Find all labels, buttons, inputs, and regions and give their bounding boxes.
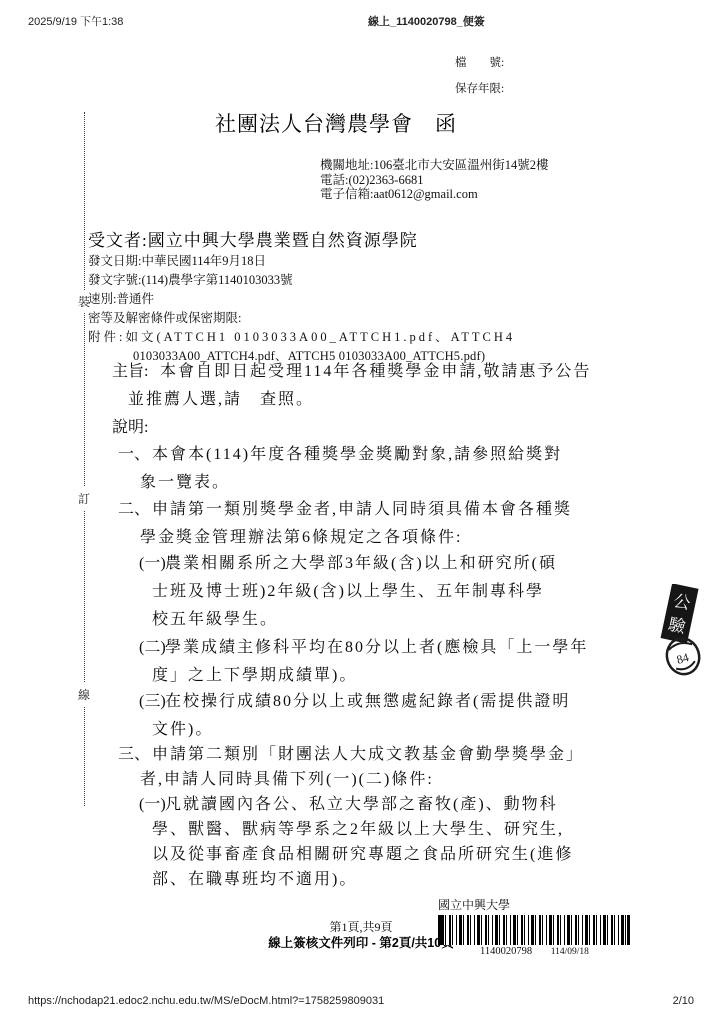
meta-number: 發文字號:(114)農學字第1140103033號	[88, 271, 515, 290]
body-paragraph-subitem-2-3: (三) 在校操行成績80分以上或無懲處紀錄者(需提供證明 文件)。	[152, 688, 570, 744]
retention-label: 保存年限:	[455, 76, 504, 102]
body-paragraph-subitem-2-2: (二) 學業成績主修科平均在80分以上者(應檢具「上一學年 度」之上下學期成績單…	[152, 634, 588, 690]
print-header-title: 線上_1140020798_便簽	[368, 13, 485, 29]
paragraph-label: (二)	[139, 634, 166, 662]
attachment-line-1: 附件:如文(ATTCH1 0103033A00_ATTCH1.pdf、ATTCH…	[88, 328, 515, 347]
barcode-block: 國立中興大學 1140020798 114/09/18	[438, 896, 638, 957]
contact-block: 機關地址:106臺北市大安區溫州街14號2樓 電話:(02)2363-6681 …	[320, 158, 557, 202]
footer-url: https://nchodap21.edoc2.nchu.edu.tw/MS/e…	[28, 995, 384, 1007]
paragraph-label: 二、	[118, 496, 150, 524]
barcode-numbers: 1140020798 114/09/18	[438, 946, 638, 957]
paragraph-text: 學業成績主修科平均在80分以上者(應檢具「上一學年 度」之上下學期成績單)。	[152, 634, 588, 690]
paragraph-label: 主旨:	[112, 358, 148, 386]
classification-block: 檔 號: 保存年限:	[455, 50, 504, 102]
org-phone: 電話:(02)2363-6681	[320, 173, 557, 188]
paragraph-text: 申請第一類別獎學金者,申請人同時須具備本會各種獎 學金獎金管理辦法第6條規定之各…	[140, 496, 572, 552]
body-paragraph-subitem-2-1: (一) 農業相關系所之大學部3年級(含)以上和研究所(碩 士班及博士班)2年級(…	[152, 550, 557, 634]
paragraph-text: 農業相關系所之大學部3年級(含)以上和研究所(碩 士班及博士班)2年級(含)以上…	[152, 550, 557, 634]
letter-title: 社團法人台灣農學會 函	[215, 108, 457, 138]
meta-date: 發文日期:中華民國114年9月18日	[88, 252, 515, 271]
meta-security: 密等及解密條件或保密期限:	[88, 309, 515, 328]
body-paragraph-subject: 主旨: 本會自即日起受理114年各種獎學金申請,敬請惠予公告 並推薦人選,請 查…	[128, 358, 591, 414]
paragraph-text: 凡就讀國內各公、私立大學部之畜牧(產)、動物科 學、獸醫、獸病等學系之2年級以上…	[152, 792, 573, 892]
paragraph-text: 本會自即日起受理114年各種獎學金申請,敬請惠予公告 並推薦人選,請 查照。	[128, 358, 591, 414]
org-address: 機關地址:106臺北市大安區溫州街14號2樓	[320, 158, 557, 173]
paragraph-text: 申請第二類別「財團法人大成文教基金會勤學獎學金」 者,申請人同時具備下列(一)(…	[140, 742, 584, 792]
binding-mark-xian: 線	[77, 683, 91, 706]
paragraph-label: 說明:	[112, 414, 148, 442]
recipient-line: 受文者:國立中興大學農業暨自然資源學院	[88, 226, 418, 251]
attachment-label: 附件:	[88, 330, 125, 344]
body-paragraph-item-2: 二、 申請第一類別獎學金者,申請人同時須具備本會各種獎 學金獎金管理辦法第6條規…	[140, 496, 572, 552]
paragraph-text: 在校操行成績80分以上或無懲處紀錄者(需提供證明 文件)。	[152, 688, 570, 744]
document-page: 2025/9/19 下午1:38 線上_1140020798_便簽 檔 號: 保…	[0, 0, 722, 1024]
meta-block: 發文日期:中華民國114年9月18日 發文字號:(114)農學字第1140103…	[88, 252, 515, 366]
org-email: 電子信箱:aat0612@gmail.com	[320, 187, 557, 202]
footer-page-indicator: 2/10	[673, 995, 694, 1007]
body-paragraph-item-1: 一、 本會本(114)年度各種獎學金獎勵對象,請參照給獎對 象一覽表。	[140, 441, 562, 497]
file-number-label: 檔 號:	[455, 50, 504, 76]
barcode-org-label: 國立中興大學	[438, 896, 638, 913]
seal-number: 84	[675, 650, 690, 667]
attachment-files-1: 如文(ATTCH1 0103033A00_ATTCH1.pdf、ATTCH4	[125, 330, 515, 344]
paragraph-label: (一)	[139, 550, 166, 578]
print-header-timestamp: 2025/9/19 下午1:38	[28, 13, 123, 29]
paragraph-text: 本會本(114)年度各種獎學金獎勵對象,請參照給獎對 象一覽表。	[140, 441, 562, 497]
edge-seal: 公 驗 84	[654, 584, 716, 679]
body-paragraph-item-3: 三、 申請第二類別「財團法人大成文教基金會勤學獎學金」 者,申請人同時具備下列(…	[140, 742, 584, 792]
barcode-number: 1140020798	[480, 946, 532, 957]
body-paragraph-subitem-3-1: (一) 凡就讀國內各公、私立大學部之畜牧(產)、動物科 學、獸醫、獸病等學系之2…	[152, 792, 573, 892]
seal-box: 公 驗	[661, 584, 699, 644]
paragraph-label: (三)	[139, 688, 166, 716]
paragraph-label: (一)	[139, 792, 166, 817]
barcode-date: 114/09/18	[551, 947, 589, 957]
meta-speed: 速別:普通件	[88, 290, 515, 309]
paragraph-label: 一、	[118, 441, 150, 469]
binding-mark-ding: 訂	[77, 487, 91, 510]
paragraph-label: 三、	[118, 742, 150, 767]
barcode	[438, 915, 630, 945]
